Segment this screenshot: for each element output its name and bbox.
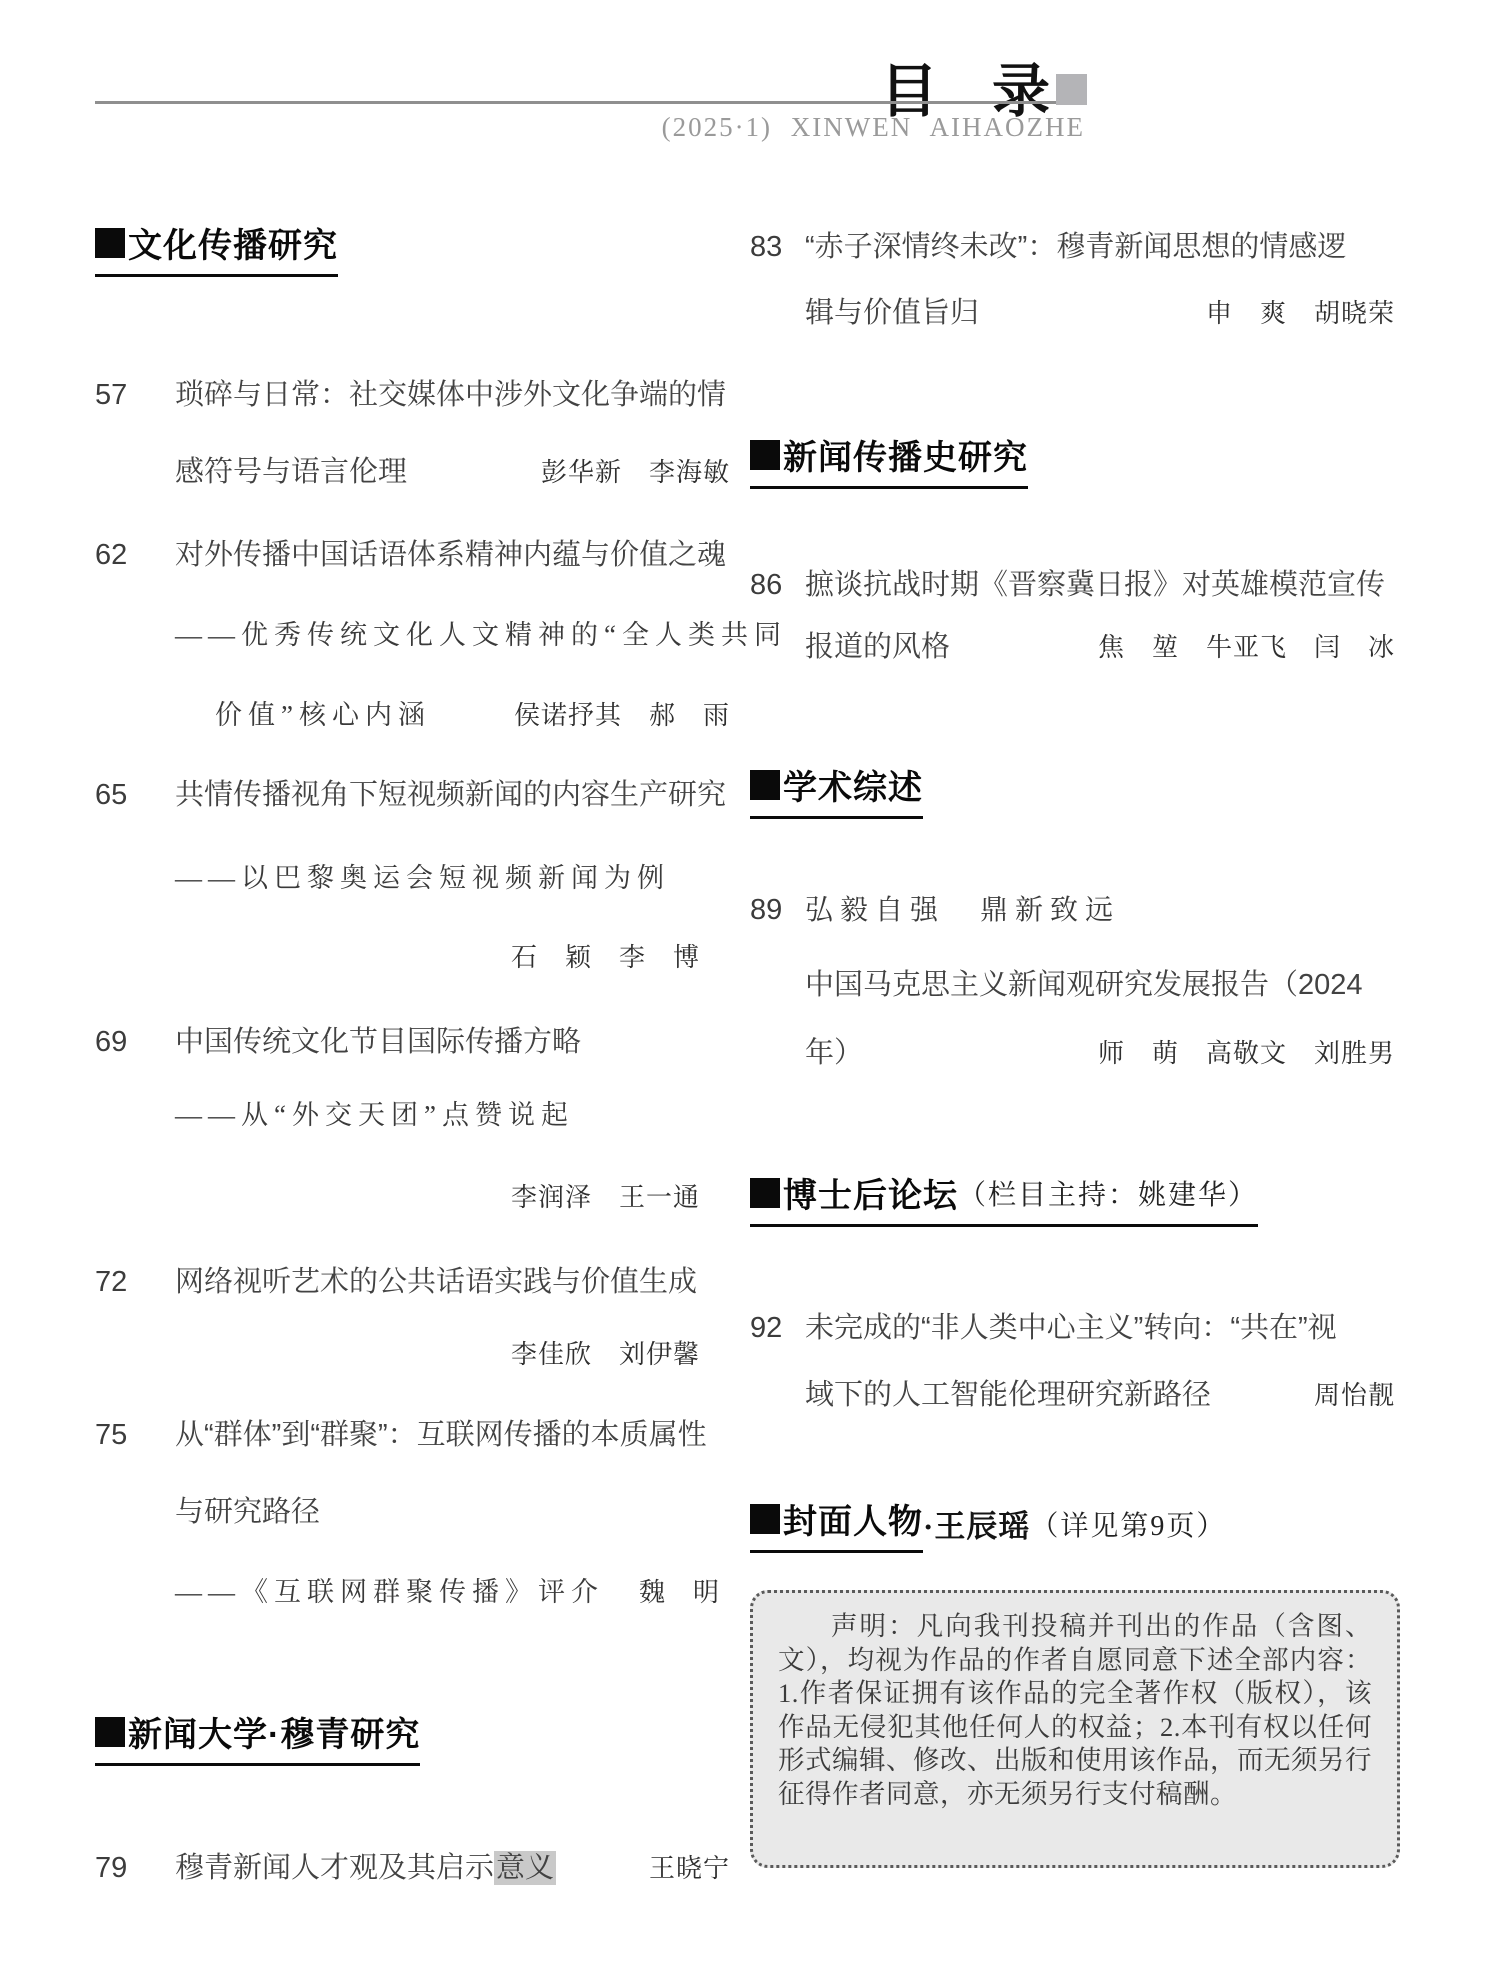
- section-square-icon: [750, 1504, 780, 1534]
- section-label: 封面人物: [783, 1494, 923, 1543]
- section-underlined-part: 封面人物: [750, 1494, 923, 1553]
- page-number: 72: [95, 1265, 175, 1299]
- toc-entry-69-subtitle: ——从“外交天团”点赞说起: [175, 1098, 730, 1132]
- article-authors: 魏 明: [639, 1576, 720, 1610]
- section-note: （栏目主持：姚建华）: [958, 1173, 1258, 1213]
- article-title-cont: 感符号与语言伦理: [175, 455, 407, 489]
- section-header-muqing-research: 新闻大学·穆青研究: [95, 1707, 420, 1766]
- toc-entry-75-line2: 与研究路径: [175, 1495, 730, 1529]
- corner-square-icon: [1056, 74, 1087, 105]
- header-divider: [95, 101, 1058, 104]
- toc-entry-83-line2: 辑与价值旨归 申 爽 胡晓荣: [805, 296, 1395, 331]
- toc-entry-92-line2: 域下的人工智能伦理研究新路径 周怡靓: [805, 1378, 1395, 1413]
- section-note: （详见第9页）: [1030, 1504, 1226, 1544]
- article-title: 未完成的“非人类中心主义”转向：“共在”视: [805, 1311, 1337, 1345]
- copyright-notice-text: 声明：凡向我刊投稿并刊出的作品（含图、文），均视为作品的作者自愿同意下述全部内容…: [778, 1610, 1372, 1811]
- article-subtitle: ——以巴黎奥运会短视频新闻为例: [175, 861, 670, 895]
- toc-entry-89-line1: 89 弘毅自强 鼎新致远: [750, 893, 1395, 928]
- toc-entry-57-line2: 感符号与语言伦理 彭华新 李海敏: [175, 455, 730, 490]
- section-square-icon: [750, 440, 780, 470]
- toc-entry-62-subtitle: ——优秀传统文化人文精神的“全人类共同: [175, 618, 730, 652]
- toc-entry-62-line3: 价值”核心内涵 侯诺抒其 郝 雨: [175, 698, 730, 733]
- toc-entry-69-line1: 69 中国传统文化节目国际传播方略: [95, 1025, 730, 1059]
- toc-entry-75-line1: 75 从“群体”到“群聚”：互联网传播的本质属性: [95, 1418, 730, 1452]
- section-label: 新闻传播史研究: [783, 430, 1028, 479]
- section-header-journalism-history: 新闻传播史研究: [750, 430, 1028, 489]
- section-header-postdoc-forum: 博士后论坛（栏目主持：姚建华）: [750, 1168, 1258, 1227]
- toc-entry-92-line1: 92 未完成的“非人类中心主义”转向：“共在”视: [750, 1311, 1395, 1345]
- section-label: 新闻大学·穆青研究: [128, 1707, 420, 1756]
- toc-entry-65-line1: 65 共情传播视角下短视频新闻的内容生产研究: [95, 778, 730, 812]
- article-authors: 彭华新 李海敏: [541, 456, 730, 490]
- article-authors: 李润泽 王一通: [511, 1181, 700, 1215]
- article-authors: 周怡靓: [1314, 1379, 1395, 1413]
- article-title-cont: 年）: [805, 1036, 863, 1070]
- article-title-cont: 与研究路径: [175, 1495, 320, 1529]
- page-number: 75: [95, 1418, 175, 1452]
- page-number: 69: [95, 1025, 175, 1059]
- page-number: 57: [95, 378, 175, 412]
- page-number: 79: [95, 1851, 175, 1885]
- article-title: 网络视听艺术的公共话语实践与价值生成: [175, 1265, 697, 1299]
- section-square-icon: [95, 1717, 125, 1747]
- page-number: 86: [750, 568, 805, 602]
- section-square-icon: [95, 228, 125, 258]
- toc-entry-79-line1: 79 穆青新闻人才观及其启示 意义 王晓宁: [95, 1851, 730, 1886]
- article-authors: 石 颖 李 博: [511, 941, 700, 975]
- article-authors: 焦 堃 牛亚飞 闫 冰: [1098, 631, 1395, 665]
- article-title: 穆青新闻人才观及其启示: [175, 1851, 494, 1885]
- article-title-cont: 辑与价值旨归: [805, 296, 979, 330]
- page-number: 92: [750, 1311, 805, 1345]
- article-title-cont: 中国马克思主义新闻观研究发展报告（2024: [805, 968, 1363, 1002]
- article-title: 琐碎与日常：社交媒体中涉外文化争端的情: [175, 378, 726, 412]
- article-authors: 王晓宁: [649, 1852, 730, 1886]
- toc-entry-83-line1: 83 “赤子深情终未改”：穆青新闻思想的情感逻: [750, 230, 1395, 264]
- toc-entry-89-line2: 中国马克思主义新闻观研究发展报告（2024: [805, 968, 1395, 1002]
- toc-entry-62-line1: 62 对外传播中国话语体系精神内蕴与价值之魂: [95, 538, 730, 572]
- page-number: 83: [750, 230, 805, 264]
- article-authors: 申 爽 胡晓荣: [1206, 297, 1395, 331]
- toc-page: 目录 (2025·1) XINWEN AIHAOZHE 文化传播研究 57 琐碎…: [0, 0, 1495, 1967]
- toc-entry-89-line3: 年） 师 萌 高敬文 刘胜男: [805, 1036, 1395, 1071]
- article-title: 弘毅自强 鼎新致远: [805, 894, 1120, 928]
- section-header-culture-communication: 文化传播研究: [95, 218, 338, 277]
- article-title-cont: 报道的风格: [805, 630, 950, 664]
- toc-entry-72-authors: 李佳欣 刘伊馨: [175, 1338, 700, 1372]
- article-title: “赤子深情终未改”：穆青新闻思想的情感逻: [805, 230, 1346, 264]
- article-subtitle: ——优秀传统文化人文精神的“全人类共同: [175, 618, 787, 652]
- section-square-icon: [750, 770, 780, 800]
- toc-entry-86-line1: 86 摭谈抗战时期《晋察冀日报》对英雄模范宣传: [750, 568, 1395, 602]
- toc-entry-72-line1: 72 网络视听艺术的公共话语实践与价值生成: [95, 1265, 730, 1299]
- issue-line: (2025·1) XINWEN AIHAOZHE: [600, 112, 1085, 143]
- toc-entry-69-authors: 李润泽 王一通: [175, 1181, 700, 1215]
- article-authors: 师 萌 高敬文 刘胜男: [1098, 1037, 1395, 1071]
- article-subtitle: ——从“外交天团”点赞说起: [175, 1098, 574, 1132]
- article-title: 对外传播中国话语体系精神内蕴与价值之魂: [175, 538, 726, 572]
- section-header-cover-person: 封面人物 ·王辰瑶 （详见第9页）: [750, 1494, 1226, 1553]
- page-number: 62: [95, 538, 175, 572]
- toc-entry-75-subtitle: ——《互联网群聚传播》评介 魏 明: [175, 1575, 720, 1610]
- copyright-notice-box: 声明：凡向我刊投稿并刊出的作品（含图、文），均视为作品的作者自愿同意下述全部内容…: [750, 1590, 1400, 1868]
- article-subtitle: ——《互联网群聚传播》评介: [175, 1575, 604, 1609]
- article-authors: 侯诺抒其 郝 雨: [514, 699, 730, 733]
- toc-entry-57-line1: 57 琐碎与日常：社交媒体中涉外文化争端的情: [95, 378, 730, 412]
- cover-person-name: ·王辰瑶: [923, 1501, 1030, 1546]
- section-square-icon: [750, 1178, 780, 1208]
- article-title-cont: 域下的人工智能伦理研究新路径: [805, 1378, 1211, 1412]
- toc-entry-65-authors: 石 颖 李 博: [175, 941, 700, 975]
- article-title: 共情传播视角下短视频新闻的内容生产研究: [175, 778, 726, 812]
- article-subtitle-cont: 价值”核心内涵: [215, 698, 431, 732]
- page-number: 65: [95, 778, 175, 812]
- toc-entry-65-subtitle: ——以巴黎奥运会短视频新闻为例: [175, 861, 730, 895]
- article-title: 摭谈抗战时期《晋察冀日报》对英雄模范宣传: [805, 568, 1385, 602]
- page-number: 89: [750, 893, 805, 927]
- article-authors: 李佳欣 刘伊馨: [511, 1338, 700, 1372]
- article-title-highlighted: 意义: [494, 1851, 556, 1885]
- section-label: 学术综述: [783, 760, 923, 809]
- section-header-academic-review: 学术综述: [750, 760, 923, 819]
- section-label: 博士后论坛: [783, 1168, 958, 1217]
- article-title: 从“群体”到“群聚”：互联网传播的本质属性: [175, 1418, 707, 1452]
- article-title: 中国传统文化节目国际传播方略: [175, 1025, 581, 1059]
- section-label: 文化传播研究: [128, 218, 338, 267]
- toc-entry-86-line2: 报道的风格 焦 堃 牛亚飞 闫 冰: [805, 630, 1395, 665]
